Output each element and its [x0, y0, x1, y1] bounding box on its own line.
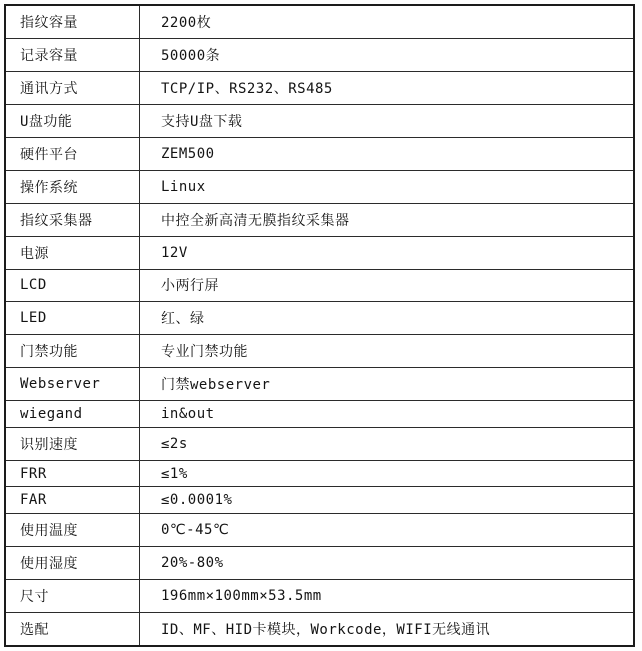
- spec-label: 指纹采集器: [5, 203, 140, 236]
- spec-value: 2200枚: [140, 5, 635, 39]
- spec-table: 指纹容量2200枚记录容量50000条通讯方式TCP/IP、RS232、RS48…: [4, 4, 635, 647]
- table-row: 指纹采集器中控全新高清无膜指纹采集器: [5, 203, 634, 236]
- spec-value: TCP/IP、RS232、RS485: [140, 72, 635, 105]
- spec-label: wiegand: [5, 401, 140, 428]
- spec-value: in&out: [140, 401, 635, 428]
- spec-value: 196mm×100mm×53.5mm: [140, 579, 635, 612]
- spec-label: U盘功能: [5, 105, 140, 138]
- table-row: FAR≤0.0001%: [5, 487, 634, 514]
- table-row: 识别速度≤2s: [5, 427, 634, 460]
- spec-label: LCD: [5, 269, 140, 302]
- spec-label: 门禁功能: [5, 335, 140, 368]
- spec-label: 记录容量: [5, 39, 140, 72]
- spec-label: 电源: [5, 236, 140, 269]
- spec-value: Linux: [140, 170, 635, 203]
- table-row: FRR≤1%: [5, 460, 634, 487]
- table-row: 尺寸196mm×100mm×53.5mm: [5, 579, 634, 612]
- spec-value: 支持U盘下载: [140, 105, 635, 138]
- spec-value: ≤0.0001%: [140, 487, 635, 514]
- spec-value: 专业门禁功能: [140, 335, 635, 368]
- table-row: Webserver门禁webserver: [5, 368, 634, 401]
- table-row: 使用湿度20%-80%: [5, 546, 634, 579]
- spec-label: 尺寸: [5, 579, 140, 612]
- spec-value: 门禁webserver: [140, 368, 635, 401]
- table-row: LED红、绿: [5, 302, 634, 335]
- spec-label: 使用湿度: [5, 546, 140, 579]
- table-row: 选配ID、MF、HID卡模块，Workcode，WIFI无线通讯: [5, 612, 634, 646]
- spec-value: 小两行屏: [140, 269, 635, 302]
- spec-label: 识别速度: [5, 427, 140, 460]
- spec-label: 指纹容量: [5, 5, 140, 39]
- table-row: 硬件平台ZEM500: [5, 137, 634, 170]
- table-row: 电源12V: [5, 236, 634, 269]
- table-row: 记录容量50000条: [5, 39, 634, 72]
- table-row: 门禁功能专业门禁功能: [5, 335, 634, 368]
- table-row: LCD小两行屏: [5, 269, 634, 302]
- table-row: 使用温度0℃-45℃: [5, 513, 634, 546]
- spec-label: 选配: [5, 612, 140, 646]
- spec-value: 12V: [140, 236, 635, 269]
- spec-label: 使用温度: [5, 513, 140, 546]
- table-row: wiegandin&out: [5, 401, 634, 428]
- spec-value: 红、绿: [140, 302, 635, 335]
- spec-label: FRR: [5, 460, 140, 487]
- spec-label: Webserver: [5, 368, 140, 401]
- spec-value: 中控全新高清无膜指纹采集器: [140, 203, 635, 236]
- spec-value: ≤1%: [140, 460, 635, 487]
- table-row: 指纹容量2200枚: [5, 5, 634, 39]
- spec-value: ID、MF、HID卡模块，Workcode，WIFI无线通讯: [140, 612, 635, 646]
- spec-value: 50000条: [140, 39, 635, 72]
- spec-sheet-page: 指纹容量2200枚记录容量50000条通讯方式TCP/IP、RS232、RS48…: [0, 0, 642, 651]
- spec-value: ZEM500: [140, 137, 635, 170]
- table-row: 通讯方式TCP/IP、RS232、RS485: [5, 72, 634, 105]
- spec-label: LED: [5, 302, 140, 335]
- spec-label: 硬件平台: [5, 137, 140, 170]
- spec-value: ≤2s: [140, 427, 635, 460]
- spec-label: FAR: [5, 487, 140, 514]
- spec-label: 操作系统: [5, 170, 140, 203]
- spec-table-body: 指纹容量2200枚记录容量50000条通讯方式TCP/IP、RS232、RS48…: [5, 5, 634, 646]
- spec-value: 20%-80%: [140, 546, 635, 579]
- table-row: 操作系统Linux: [5, 170, 634, 203]
- table-row: U盘功能支持U盘下载: [5, 105, 634, 138]
- spec-label: 通讯方式: [5, 72, 140, 105]
- spec-value: 0℃-45℃: [140, 513, 635, 546]
